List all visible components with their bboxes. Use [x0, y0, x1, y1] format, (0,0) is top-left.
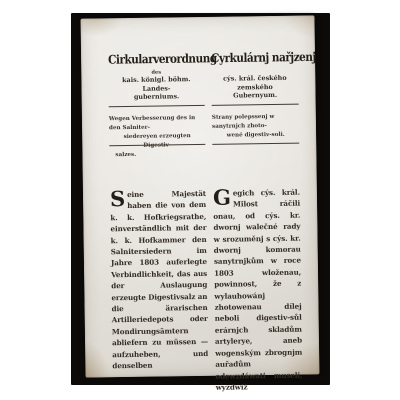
czech-subject: Strany polepssenj w sanytrnjch zhoto- we… [212, 113, 299, 144]
czech-subject-line2: wené digestiv-soli. [212, 131, 299, 141]
german-body-paragraph: Seine Majestät haben die von dem k. k. H… [110, 188, 209, 372]
german-subject-line1: Wegen Verbesserung des in den Salniter- [109, 114, 205, 133]
screenshot-canvas: Cirkularverordnung des kais. königl. böh… [0, 0, 400, 400]
czech-body-paragraph: Gegich cýs. král. Milost ráčili onau, od… [213, 187, 303, 394]
german-body-text: eine Majestät haben die von dem k. k. Ho… [110, 189, 208, 370]
czech-subtitle-line1: cýs. král. českého zemského [211, 74, 298, 92]
german-subtitle-line2: guberniums. [109, 92, 205, 102]
czech-drop-cap: G [213, 188, 233, 206]
two-column-layout: Cirkularverordnung des kais. königl. böh… [108, 52, 303, 395]
czech-subject-line1: Strany polepssenj w sanytrnjch zhoto- [212, 113, 299, 132]
czech-title: Cyrkulárnj nařjzenj [211, 51, 298, 66]
german-subtitle: des kais. königl. böhm. Landes- guberniu… [108, 69, 204, 106]
column-czech: Cyrkulárnj nařjzenj cýs. král. českého z… [211, 52, 303, 393]
paper-content: Cirkularverordnung des kais. königl. böh… [81, 15, 320, 377]
czech-body-text: egich cýs. král. Milost ráčili onau, od … [213, 188, 302, 392]
column-german: Cirkularverordnung des kais. königl. böh… [108, 53, 209, 395]
german-subject-line3: salzes. [109, 150, 205, 160]
czech-rule-top [212, 104, 299, 106]
czech-rule-bottom [212, 143, 299, 145]
paper-sheet: Cirkularverordnung des kais. königl. böh… [81, 15, 320, 377]
german-subtitle-line1: kais. königl. böhm. Landes- [108, 75, 204, 93]
photo-background: Cirkularverordnung des kais. königl. böh… [71, 13, 330, 385]
german-subject: Wegen Verbesserung des in den Salniter- … [109, 114, 205, 145]
czech-subtitle: cýs. král. českého zemského Gubernyum. [211, 68, 298, 105]
german-title: Cirkularverordnung [108, 52, 204, 67]
german-subject-line2: siedereyen erzeugten Digestiv- [109, 132, 205, 151]
german-drop-cap: S [110, 189, 127, 207]
czech-subtitle-line2: Gubernyum. [212, 91, 299, 101]
german-rule-top [109, 105, 205, 107]
